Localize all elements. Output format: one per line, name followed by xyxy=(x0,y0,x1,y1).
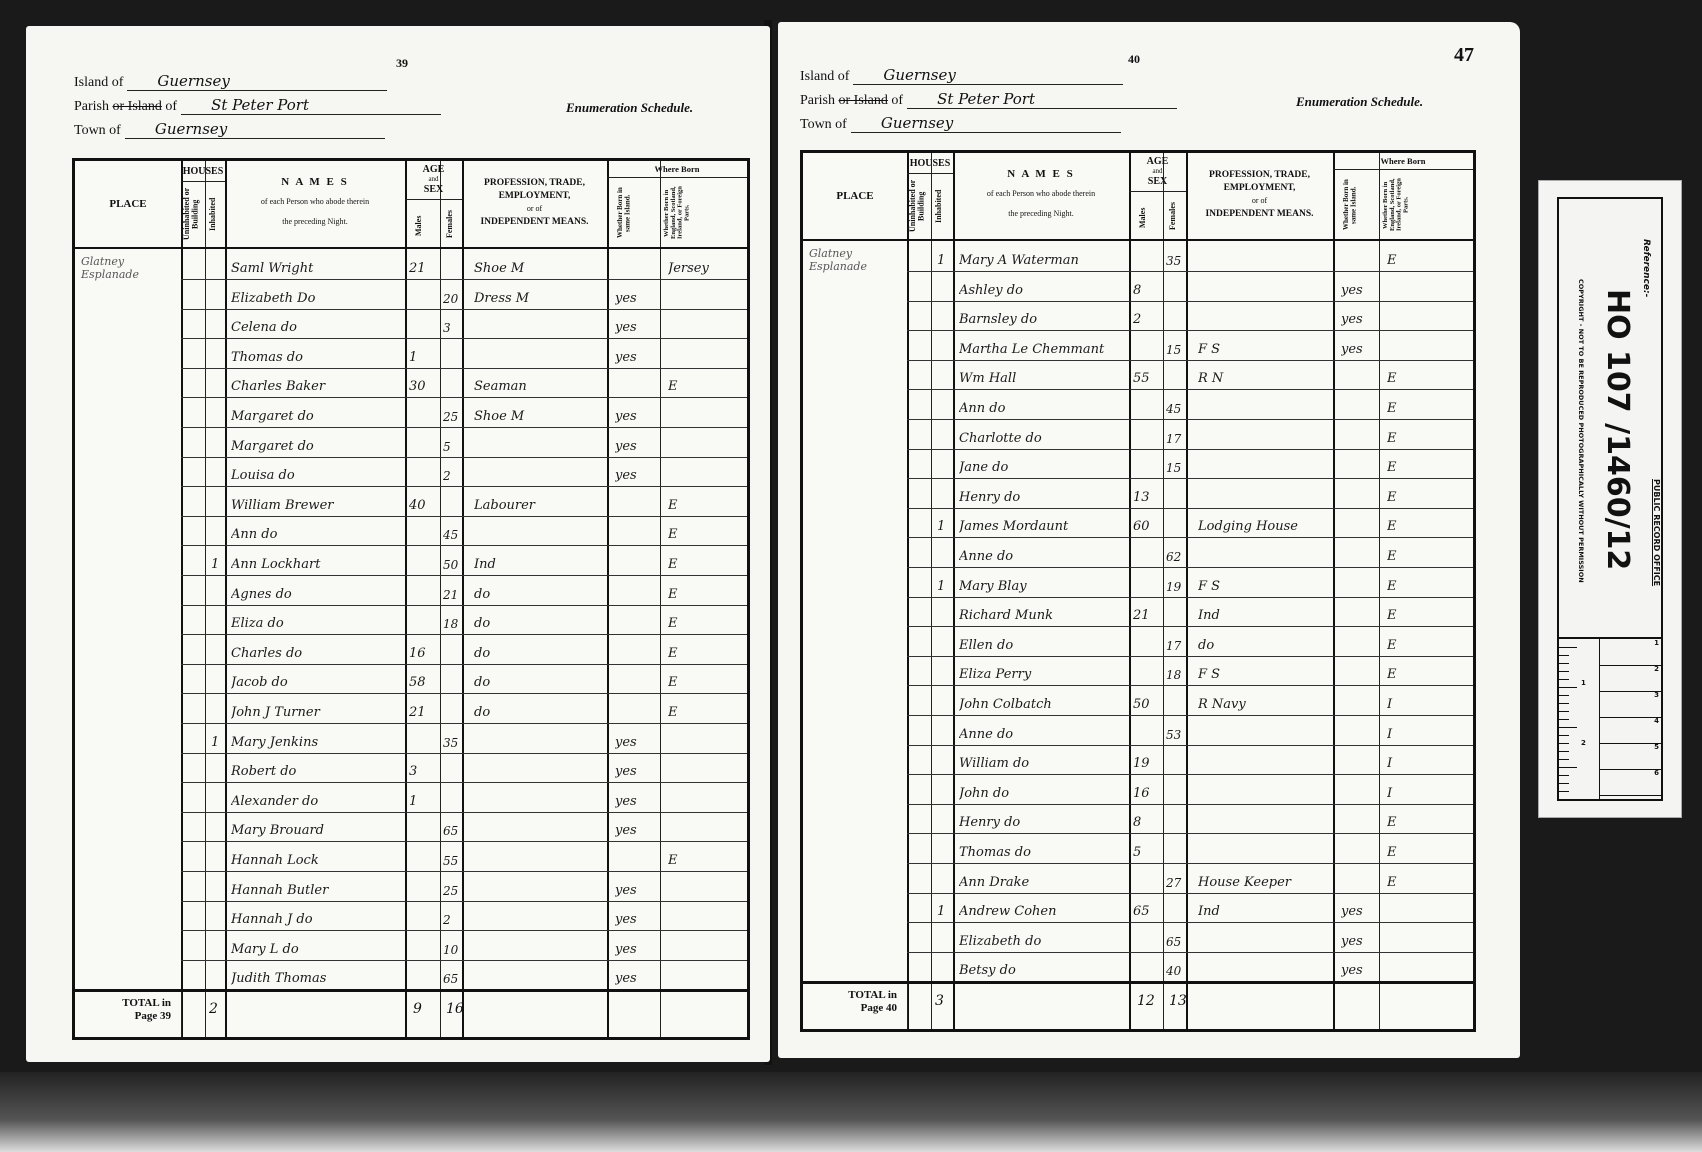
name-cell: Martha Le Chemmant xyxy=(959,342,1125,357)
parish-field: Parish or Island of St Peter Port xyxy=(800,90,1177,109)
males-age-cell: 1 xyxy=(409,350,438,365)
page-number: 40 xyxy=(1128,52,1140,67)
total-males: 12 xyxy=(1137,993,1155,1009)
females-age-cell: 62 xyxy=(1166,550,1185,564)
name-cell: Eliza Perry xyxy=(959,667,1125,682)
header-houses: HOUSES xyxy=(907,157,953,170)
table-row: Margaret do 25 Shoe M yes xyxy=(75,399,747,428)
profession-cell: Shoe M xyxy=(474,261,603,276)
parish-label: Parish or Island of xyxy=(74,99,177,115)
table-row: 1 Andrew Cohen 65 Ind yes xyxy=(803,894,1473,923)
born-same-island-cell: yes xyxy=(1341,963,1377,978)
inhabited-cell: 1 xyxy=(937,253,951,268)
females-age-cell: 15 xyxy=(1166,343,1185,357)
males-age-cell: 3 xyxy=(409,764,438,779)
females-age-cell: 5 xyxy=(443,440,461,454)
females-age-cell: 10 m xyxy=(443,943,461,957)
header-males: Males xyxy=(415,209,427,243)
males-age-cell: 16 xyxy=(409,646,438,661)
name-cell: Charles Baker xyxy=(231,379,401,394)
totals-label: TOTAL inPage 39 xyxy=(79,997,171,1022)
island-field: Island of Guernsey xyxy=(74,72,387,91)
header-profession-3: or of xyxy=(1186,196,1333,206)
males-age-cell: 21 xyxy=(1133,608,1161,623)
born-elsewhere-cell: E xyxy=(1387,579,1471,594)
name-cell: Ellen do xyxy=(959,638,1125,653)
town-value: Guernsey xyxy=(125,120,385,139)
profession-cell: do xyxy=(1198,638,1329,653)
males-age-cell: 2 xyxy=(1133,312,1161,327)
profession-cell: Shoe M xyxy=(474,409,603,424)
table-row: Mary Brouard 65 yes xyxy=(75,813,747,842)
table-header: PLACE HOUSES Uninhabited or Building Inh… xyxy=(803,153,1473,241)
ruler-inch-mark: 1 xyxy=(1581,679,1586,687)
parish-field: Parish or Island of St Peter Port xyxy=(74,96,441,115)
name-cell: Elizabeth Do xyxy=(231,291,401,306)
table-row: Judith Thomas 65 yes xyxy=(75,961,747,990)
born-same-island-cell: yes xyxy=(615,883,658,898)
table-row: Betsy do 40 yes xyxy=(803,953,1473,982)
island-label: Island of xyxy=(800,69,849,85)
header-names: N A M E S xyxy=(953,167,1129,181)
total-females: 13 xyxy=(1169,993,1187,1009)
folio-stamp: 47 xyxy=(1454,44,1474,67)
header-born-same-island: Whether Born in same Island. xyxy=(1343,173,1369,237)
name-cell: Louisa do xyxy=(231,468,401,483)
total-males: 9 xyxy=(413,1001,422,1017)
table-row: Charles Baker 30 Seaman E xyxy=(75,369,747,398)
header-males: Males xyxy=(1139,201,1151,235)
born-elsewhere-cell: E xyxy=(1387,845,1471,860)
males-age-cell: 21 xyxy=(409,261,438,276)
name-cell: Mary Jenkins xyxy=(231,735,401,750)
born-same-island-cell: yes xyxy=(615,912,658,927)
born-elsewhere-cell: E xyxy=(668,675,745,690)
born-elsewhere-cell: E xyxy=(668,853,745,868)
born-elsewhere-cell: E xyxy=(1387,549,1471,564)
profession-cell: Ind xyxy=(474,557,603,572)
name-cell: Robert do xyxy=(231,764,401,779)
males-age-cell: 50 xyxy=(1133,697,1161,712)
schedule-title: Enumeration Schedule. xyxy=(1296,94,1423,110)
name-cell: Hannah Butler xyxy=(231,883,401,898)
born-same-island-cell: yes xyxy=(615,291,658,306)
table-row: Henry do 8 E xyxy=(803,805,1473,834)
born-elsewhere-cell: E xyxy=(668,646,745,661)
table-row: William do 19 I xyxy=(803,746,1473,775)
name-cell: Hannah Lock xyxy=(231,853,401,868)
males-age-cell: 19 xyxy=(1133,756,1161,771)
table-row: Louisa do 2 yes xyxy=(75,458,747,487)
table-row: Hannah Lock 55 E xyxy=(75,843,747,872)
ruler-cm-mark: 2 xyxy=(1599,665,1661,692)
profession-cell: Ind xyxy=(1198,904,1329,919)
inhabited-cell: 1 xyxy=(937,519,951,534)
females-age-cell: 19 xyxy=(1166,580,1185,594)
females-age-cell: 25 xyxy=(443,884,461,898)
females-age-cell: 2 xyxy=(443,913,461,927)
name-cell: William Brewer xyxy=(231,498,401,513)
profession-cell: Labourer xyxy=(474,498,603,513)
name-cell: Betsy do xyxy=(959,963,1125,978)
females-age-cell: 45 xyxy=(1166,402,1185,416)
females-age-cell: 35 xyxy=(443,736,461,750)
name-cell: Saml Wright xyxy=(231,261,401,276)
name-cell: Jane do xyxy=(959,460,1125,475)
born-same-island-cell: yes xyxy=(615,735,658,750)
table-row: Barnsley do 2 yes xyxy=(803,302,1473,331)
table-row: 1 Mary Jenkins 35 yes xyxy=(75,725,747,754)
name-cell: Margaret do xyxy=(231,439,401,454)
name-cell: Margaret do xyxy=(231,409,401,424)
profession-cell: F S xyxy=(1198,579,1329,594)
header-born-elsewhere: Whether Born in England, Scotland, Irela… xyxy=(664,181,743,245)
census-page-39: 39 Island of Guernsey Parish or Island o… xyxy=(26,26,770,1062)
town-label: Town of xyxy=(74,123,121,139)
table-row: 1 Mary A Waterman 35 E xyxy=(803,243,1473,272)
table-row: Elizabeth do 65 yes xyxy=(803,924,1473,953)
profession-cell: House Keeper xyxy=(1198,875,1329,890)
males-age-cell: 1 xyxy=(409,794,438,809)
table-row: Wm Hall 55 R N E xyxy=(803,361,1473,390)
born-same-island-cell: yes xyxy=(1341,283,1377,298)
header-names-sub2: the preceding Night. xyxy=(953,209,1129,219)
table-row: Charles do 16 do E xyxy=(75,636,747,665)
name-cell: Ashley do xyxy=(959,283,1125,298)
name-cell: Mary Brouard xyxy=(231,823,401,838)
name-cell: Agnes do xyxy=(231,587,401,602)
name-cell: Celena do xyxy=(231,320,401,335)
profession-cell: do xyxy=(474,675,603,690)
name-cell: Eliza do xyxy=(231,616,401,631)
table-row: Charlotte do 17 E xyxy=(803,421,1473,450)
header-names-sub1: of each Person who abode therein xyxy=(953,189,1129,199)
born-elsewhere-cell: I xyxy=(1387,786,1471,801)
name-cell: John do xyxy=(959,786,1125,801)
table-row: John Colbatch 50 R Navy I xyxy=(803,687,1473,716)
table-row: Agnes do 21 do E xyxy=(75,577,747,606)
reference-slip: Reference:- HO 107 /1460/12 PUBLIC RECOR… xyxy=(1538,180,1682,818)
males-age-cell: 65 xyxy=(1133,904,1161,919)
header-profession-4: INDEPENDENT MEANS. xyxy=(1186,208,1333,220)
scan-background xyxy=(0,1072,1702,1152)
females-age-cell: 45 xyxy=(443,528,461,542)
born-elsewhere-cell: E xyxy=(1387,431,1471,446)
born-same-island-cell: yes xyxy=(1341,904,1377,919)
females-age-cell: 25 xyxy=(443,410,461,424)
born-same-island-cell: yes xyxy=(615,350,658,365)
males-age-cell: 13 xyxy=(1133,490,1161,505)
name-cell: Thomas do xyxy=(231,350,401,365)
name-cell: Charles do xyxy=(231,646,401,661)
born-elsewhere-cell: E xyxy=(668,379,745,394)
parish-value: St Peter Port xyxy=(907,90,1177,109)
header-born-elsewhere: Whether Born in England, Scotland, Irela… xyxy=(1383,173,1469,237)
males-age-cell: 8 xyxy=(1133,815,1161,830)
table-row: Margaret do 5 yes xyxy=(75,429,747,458)
profession-cell: do xyxy=(474,705,603,720)
table-row: Eliza Perry 18 F S E xyxy=(803,657,1473,686)
table-row: William Brewer 40 Labourer E xyxy=(75,488,747,517)
born-elsewhere-cell: E xyxy=(668,498,745,513)
total-inhabited: 2 xyxy=(209,1001,218,1017)
born-same-island-cell: yes xyxy=(615,794,658,809)
census-table: PLACE HOUSES Uninhabited or Building Inh… xyxy=(72,158,750,1040)
header-uninhabited: Uninhabited or Building xyxy=(909,177,929,235)
females-age-cell: 65 xyxy=(443,972,461,986)
table-row: John do 16 I xyxy=(803,776,1473,805)
ruler-cm-mark: 3 xyxy=(1599,691,1661,718)
born-elsewhere-cell: E xyxy=(1387,253,1471,268)
header-females: Females xyxy=(1169,197,1181,235)
table-row: Jacob do 58 do E xyxy=(75,665,747,694)
males-age-cell: 58 xyxy=(409,675,438,690)
born-same-island-cell: yes xyxy=(615,439,658,454)
table-row: Thomas do 1 yes xyxy=(75,340,747,369)
table-row: Ashley do 8 yes xyxy=(803,273,1473,302)
name-cell: John Colbatch xyxy=(959,697,1125,712)
born-elsewhere-cell: E xyxy=(668,557,745,572)
name-cell: Wm Hall xyxy=(959,371,1125,386)
island-field: Island of Guernsey xyxy=(800,66,1123,85)
name-cell: Barnsley do xyxy=(959,312,1125,327)
profession-cell: F S xyxy=(1198,667,1329,682)
measurement-ruler: 12345612 xyxy=(1559,637,1661,799)
header-names: N A M E S xyxy=(225,175,405,189)
name-cell: James Mordaunt xyxy=(959,519,1125,534)
profession-cell: Dress M xyxy=(474,291,603,306)
born-elsewhere-cell: E xyxy=(668,616,745,631)
born-same-island-cell: yes xyxy=(615,320,658,335)
name-cell: Thomas do xyxy=(959,845,1125,860)
females-age-cell: 3 xyxy=(443,321,461,335)
males-age-cell: 60 xyxy=(1133,519,1161,534)
schedule-title: Enumeration Schedule. xyxy=(566,100,693,116)
table-row: Saml Wright 21 Shoe M Jersey xyxy=(75,251,747,280)
males-age-cell: 16 xyxy=(1133,786,1161,801)
table-row: John J Turner 21 do E xyxy=(75,695,747,724)
born-elsewhere-cell: E xyxy=(1387,815,1471,830)
name-cell: Henry do xyxy=(959,490,1125,505)
profession-cell: Ind xyxy=(1198,608,1329,623)
header-profession-2: EMPLOYMENT, xyxy=(1186,182,1333,194)
females-age-cell: 17 xyxy=(1166,639,1185,653)
parish-value: St Peter Port xyxy=(181,96,441,115)
page-number: 39 xyxy=(396,56,408,71)
born-elsewhere-cell: I xyxy=(1387,697,1471,712)
table-row: Henry do 13 E xyxy=(803,480,1473,509)
island-value: Guernsey xyxy=(853,66,1123,85)
table-row: 1 James Mordaunt 60 Lodging House E xyxy=(803,509,1473,538)
males-age-cell: 21 xyxy=(409,705,438,720)
females-age-cell: 18 xyxy=(443,617,461,631)
island-label: Island of xyxy=(74,75,123,91)
table-row: Hannah Butler 25 yes xyxy=(75,873,747,902)
table-row: Ann Drake 27 House Keeper E xyxy=(803,865,1473,894)
females-age-cell: 27 xyxy=(1166,876,1185,890)
males-age-cell: 8 xyxy=(1133,283,1161,298)
females-age-cell: 55 xyxy=(443,854,461,868)
profession-cell: Lodging House xyxy=(1198,519,1329,534)
females-age-cell: 65 xyxy=(1166,935,1185,949)
header-place: PLACE xyxy=(803,189,907,203)
born-elsewhere-cell: E xyxy=(1387,460,1471,475)
header-profession-3: or of xyxy=(462,204,607,214)
reference-number: HO 107 /1460/12 xyxy=(1600,289,1635,570)
census-table: PLACE HOUSES Uninhabited or Building Inh… xyxy=(800,150,1476,1032)
inhabited-cell: 1 xyxy=(211,735,225,750)
table-header: PLACE HOUSES Uninhabited or Building Inh… xyxy=(75,161,747,249)
inhabited-cell: 1 xyxy=(937,579,951,594)
born-elsewhere-cell: E xyxy=(1387,667,1471,682)
born-elsewhere-cell: E xyxy=(668,705,745,720)
born-same-island-cell: yes xyxy=(615,764,658,779)
born-elsewhere-cell: E xyxy=(1387,875,1471,890)
name-cell: Ann do xyxy=(959,401,1125,416)
census-page-40: 40 47 Island of Guernsey Parish or Islan… xyxy=(778,22,1520,1058)
name-cell: Mary L do xyxy=(231,942,401,957)
males-age-cell: 5 xyxy=(1133,845,1161,860)
females-age-cell: 21 xyxy=(443,588,461,602)
header-profession-4: INDEPENDENT MEANS. xyxy=(462,216,607,228)
table-row: Celena do 3 yes xyxy=(75,310,747,339)
born-elsewhere-cell: I xyxy=(1387,727,1471,742)
born-elsewhere-cell: I xyxy=(1387,756,1471,771)
born-same-island-cell: yes xyxy=(615,971,658,986)
island-value: Guernsey xyxy=(127,72,387,91)
females-age-cell: 40 xyxy=(1166,964,1185,978)
females-age-cell: 2 xyxy=(443,469,461,483)
header-where-born: Where Born xyxy=(1333,156,1473,167)
name-cell: Elizabeth do xyxy=(959,934,1125,949)
profession-cell: F S xyxy=(1198,342,1329,357)
table-row: Hannah J do 2 yes xyxy=(75,902,747,931)
table-row: Anne do 53 I xyxy=(803,717,1473,746)
born-same-island-cell: yes xyxy=(615,468,658,483)
ruler-cm-mark: 4 xyxy=(1599,717,1661,744)
ruler-cm-mark: 1 xyxy=(1599,639,1661,666)
males-age-cell: 40 xyxy=(409,498,438,513)
name-cell: Ann do xyxy=(231,527,401,542)
header-inhabited: Inhabited xyxy=(209,185,223,243)
profession-cell: R Navy xyxy=(1198,697,1329,712)
born-same-island-cell: yes xyxy=(615,942,658,957)
name-cell: Judith Thomas xyxy=(231,971,401,986)
born-same-island-cell: yes xyxy=(1341,342,1377,357)
females-age-cell: 15 xyxy=(1166,461,1185,475)
born-same-island-cell: yes xyxy=(615,409,658,424)
name-cell: Henry do xyxy=(959,815,1125,830)
profession-cell: R N xyxy=(1198,371,1329,386)
males-age-cell: 55 xyxy=(1133,371,1161,386)
born-same-island-cell: yes xyxy=(1341,312,1377,327)
header-sex: SEX xyxy=(405,183,462,196)
born-elsewhere-cell: E xyxy=(1387,371,1471,386)
males-age-cell: 30 xyxy=(409,379,438,394)
header-sex: SEX xyxy=(1129,175,1186,188)
profession-cell: do xyxy=(474,646,603,661)
profession-cell: do xyxy=(474,616,603,631)
table-row: Jane do 15 E xyxy=(803,450,1473,479)
totals-label: TOTAL inPage 40 xyxy=(807,989,897,1014)
town-value: Guernsey xyxy=(851,114,1121,133)
table-row: Eliza do 18 do E xyxy=(75,606,747,635)
header-females: Females xyxy=(446,205,458,243)
females-age-cell: 53 xyxy=(1166,728,1185,742)
name-cell: Jacob do xyxy=(231,675,401,690)
total-inhabited: 3 xyxy=(935,993,944,1009)
profession-cell: Seaman xyxy=(474,379,603,394)
born-elsewhere-cell: E xyxy=(668,587,745,602)
header-inhabited: Inhabited xyxy=(935,177,949,235)
table-row: Martha Le Chemmant 15 F S yes xyxy=(803,332,1473,361)
name-cell: Ann Drake xyxy=(959,875,1125,890)
header-names-sub2: the preceding Night. xyxy=(225,217,405,227)
header-houses: HOUSES xyxy=(181,165,225,178)
header-profession-1: PROFESSION, TRADE, xyxy=(1186,169,1333,181)
born-elsewhere-cell: E xyxy=(1387,608,1471,623)
born-elsewhere-cell: Jersey xyxy=(668,261,745,276)
reference-slip-frame: Reference:- HO 107 /1460/12 PUBLIC RECOR… xyxy=(1557,197,1663,801)
copyright-notice: COPYRIGHT - NOT TO BE REPRODUCED PHOTOGR… xyxy=(1577,279,1585,583)
header-place: PLACE xyxy=(75,197,181,211)
females-age-cell: 50 xyxy=(443,558,461,572)
name-cell: Richard Munk xyxy=(959,608,1125,623)
ruler-cm-mark: 5 xyxy=(1599,743,1661,770)
name-cell: Ann Lockhart xyxy=(231,557,401,572)
born-elsewhere-cell: E xyxy=(668,527,745,542)
females-age-cell: 17 xyxy=(1166,432,1185,446)
table-row: Mary L do 10 m yes xyxy=(75,932,747,961)
name-cell: Anne do xyxy=(959,549,1125,564)
table-row: Ellen do 17 do E xyxy=(803,628,1473,657)
name-cell: Hannah J do xyxy=(231,912,401,927)
table-row: Anne do 62 E xyxy=(803,539,1473,568)
town-label: Town of xyxy=(800,117,847,133)
table-row: Alexander do 1 yes xyxy=(75,784,747,813)
females-age-cell: 65 xyxy=(443,824,461,838)
ruler-inch-mark: 2 xyxy=(1581,739,1586,747)
parish-label: Parish or Island of xyxy=(800,93,903,109)
born-same-island-cell: yes xyxy=(1341,934,1377,949)
table-row: Thomas do 5 E xyxy=(803,835,1473,864)
table-row: 1 Mary Blay 19 F S E xyxy=(803,569,1473,598)
town-field: Town of Guernsey xyxy=(800,114,1121,133)
table-row: Elizabeth Do 20 Dress M yes xyxy=(75,281,747,310)
name-cell: Andrew Cohen xyxy=(959,904,1125,919)
name-cell: Alexander do xyxy=(231,794,401,809)
inhabited-cell: 1 xyxy=(937,904,951,919)
header-names-sub1: of each Person who abode therein xyxy=(225,197,405,207)
name-cell: John J Turner xyxy=(231,705,401,720)
table-row: Robert do 3 yes xyxy=(75,754,747,783)
name-cell: Charlotte do xyxy=(959,431,1125,446)
profession-cell: do xyxy=(474,587,603,602)
total-females: 16 xyxy=(446,1001,464,1017)
table-row: 1 Ann Lockhart 50 Ind E xyxy=(75,547,747,576)
office-name: PUBLIC RECORD OFFICE xyxy=(1652,479,1661,586)
born-elsewhere-cell: E xyxy=(1387,638,1471,653)
table-row: Ann do 45 E xyxy=(803,391,1473,420)
table-row: Richard Munk 21 Ind E xyxy=(803,598,1473,627)
born-elsewhere-cell: E xyxy=(1387,401,1471,416)
born-elsewhere-cell: E xyxy=(1387,490,1471,505)
header-profession-2: EMPLOYMENT, xyxy=(462,190,607,202)
reference-label: Reference:- xyxy=(1641,239,1651,297)
town-field: Town of Guernsey xyxy=(74,120,385,139)
header-where-born: Where Born xyxy=(607,164,747,175)
table-row: Ann do 45 E xyxy=(75,517,747,546)
